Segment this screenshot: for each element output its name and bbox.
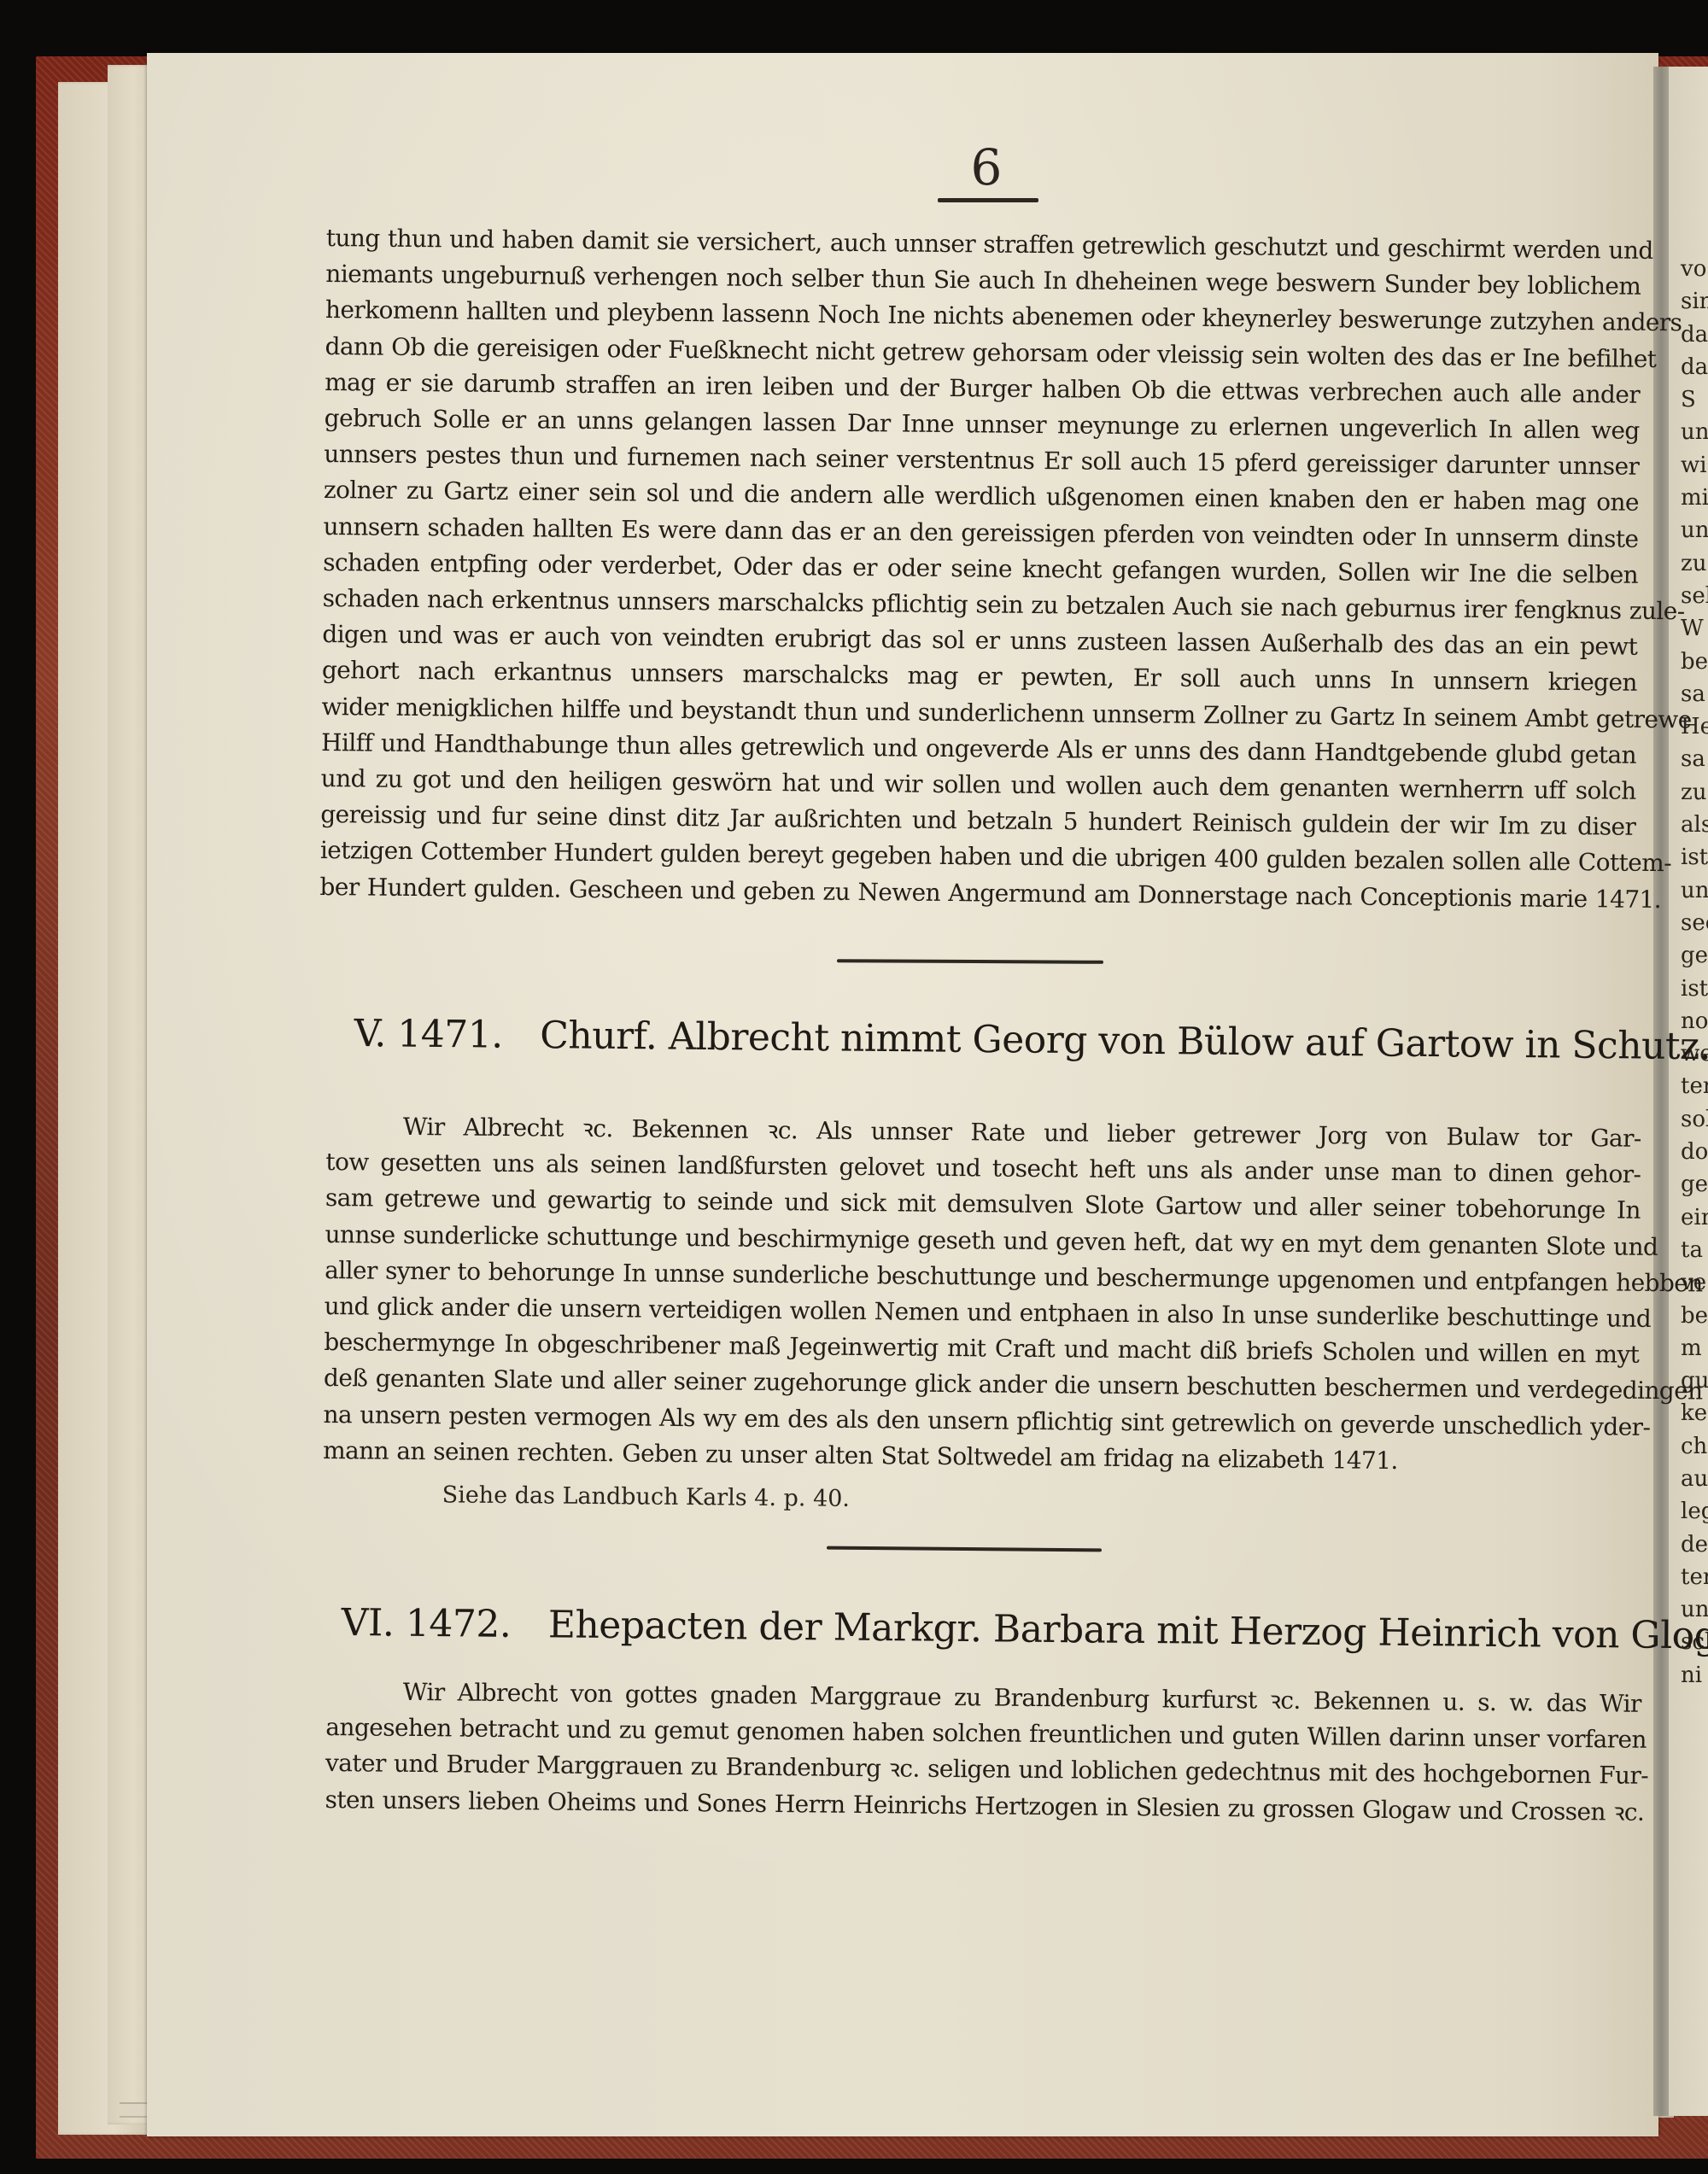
continuation-text: tung thun und haben damit sie versichert… bbox=[319, 220, 1641, 918]
section-v-paragraph: Wir Albrecht ꝛc. Bekennen ꝛc. Als unnser… bbox=[323, 1108, 1641, 1481]
section-vi-body: Wir Albrecht von gottes gnaden Marggraue… bbox=[325, 1674, 1641, 1831]
facing-line-fragment: ch bbox=[1669, 1430, 1708, 1463]
facing-line-fragment: ge bbox=[1669, 1168, 1708, 1201]
facing-line-fragment: zu bbox=[1669, 547, 1708, 580]
facing-line-fragment: un bbox=[1669, 874, 1708, 907]
facing-line-fragment: sec bbox=[1669, 907, 1708, 939]
facing-line-fragment: wi bbox=[1669, 449, 1708, 482]
facing-line-fragment: ter bbox=[1669, 1070, 1708, 1102]
facing-line-fragment: ist bbox=[1669, 841, 1708, 874]
facing-line-fragment: vo bbox=[1669, 253, 1708, 285]
facing-line-fragment: sol bbox=[1669, 1103, 1708, 1136]
page-number: 6 bbox=[956, 138, 1016, 196]
facing-line-fragment: mi bbox=[1669, 482, 1708, 514]
section-vi-paragraph: Wir Albrecht von gottes gnaden Marggraue… bbox=[325, 1674, 1641, 1831]
section-v-number: V. 1471. bbox=[354, 1012, 504, 1057]
facing-line-fragment: be bbox=[1669, 646, 1708, 678]
facing-line-fragment: da bbox=[1669, 351, 1708, 383]
facing-line-fragment: ter bbox=[1669, 1561, 1708, 1593]
facing-page-fragment: vosindadaSunwimiunzuselWbesaHesazualsist… bbox=[1669, 67, 1708, 2116]
continuation-paragraph: tung thun und haben damit sie versichert… bbox=[319, 220, 1641, 918]
facing-line-fragment: un bbox=[1669, 514, 1708, 546]
facing-line-fragment: be bbox=[1669, 1300, 1708, 1332]
facing-line-fragment: sa bbox=[1669, 743, 1708, 775]
facing-line-fragment: m bbox=[1669, 1332, 1708, 1365]
section-vi-number: VI. 1472. bbox=[342, 1601, 512, 1646]
facing-line-fragment: als bbox=[1669, 809, 1708, 841]
facing-line-fragment: leg bbox=[1669, 1495, 1708, 1528]
facing-line-fragment: ni bbox=[1669, 1659, 1708, 1692]
facing-line-fragment: zu bbox=[1669, 776, 1708, 809]
section-v-body: Wir Albrecht ꝛc. Bekennen ꝛc. Als unnser… bbox=[323, 1108, 1641, 1520]
facing-line-fragment: ge bbox=[1669, 939, 1708, 972]
facing-line-fragment: au bbox=[1669, 1463, 1708, 1495]
gutter-shadow bbox=[1653, 67, 1669, 2116]
facing-line-fragment: ist bbox=[1669, 973, 1708, 1005]
facing-line-fragment: un bbox=[1669, 416, 1708, 448]
facing-line-fragment: do bbox=[1669, 1136, 1708, 1168]
facing-line-fragment: S bbox=[1669, 383, 1708, 416]
page-number-rule bbox=[938, 198, 1038, 202]
facing-line-fragment: de bbox=[1669, 1528, 1708, 1561]
facing-line-fragment: ein bbox=[1669, 1201, 1708, 1234]
facing-page-lines: vosindadaSunwimiunzuselWbesaHesazualsist… bbox=[1669, 253, 1708, 1692]
facing-line-fragment: ta bbox=[1669, 1234, 1708, 1266]
